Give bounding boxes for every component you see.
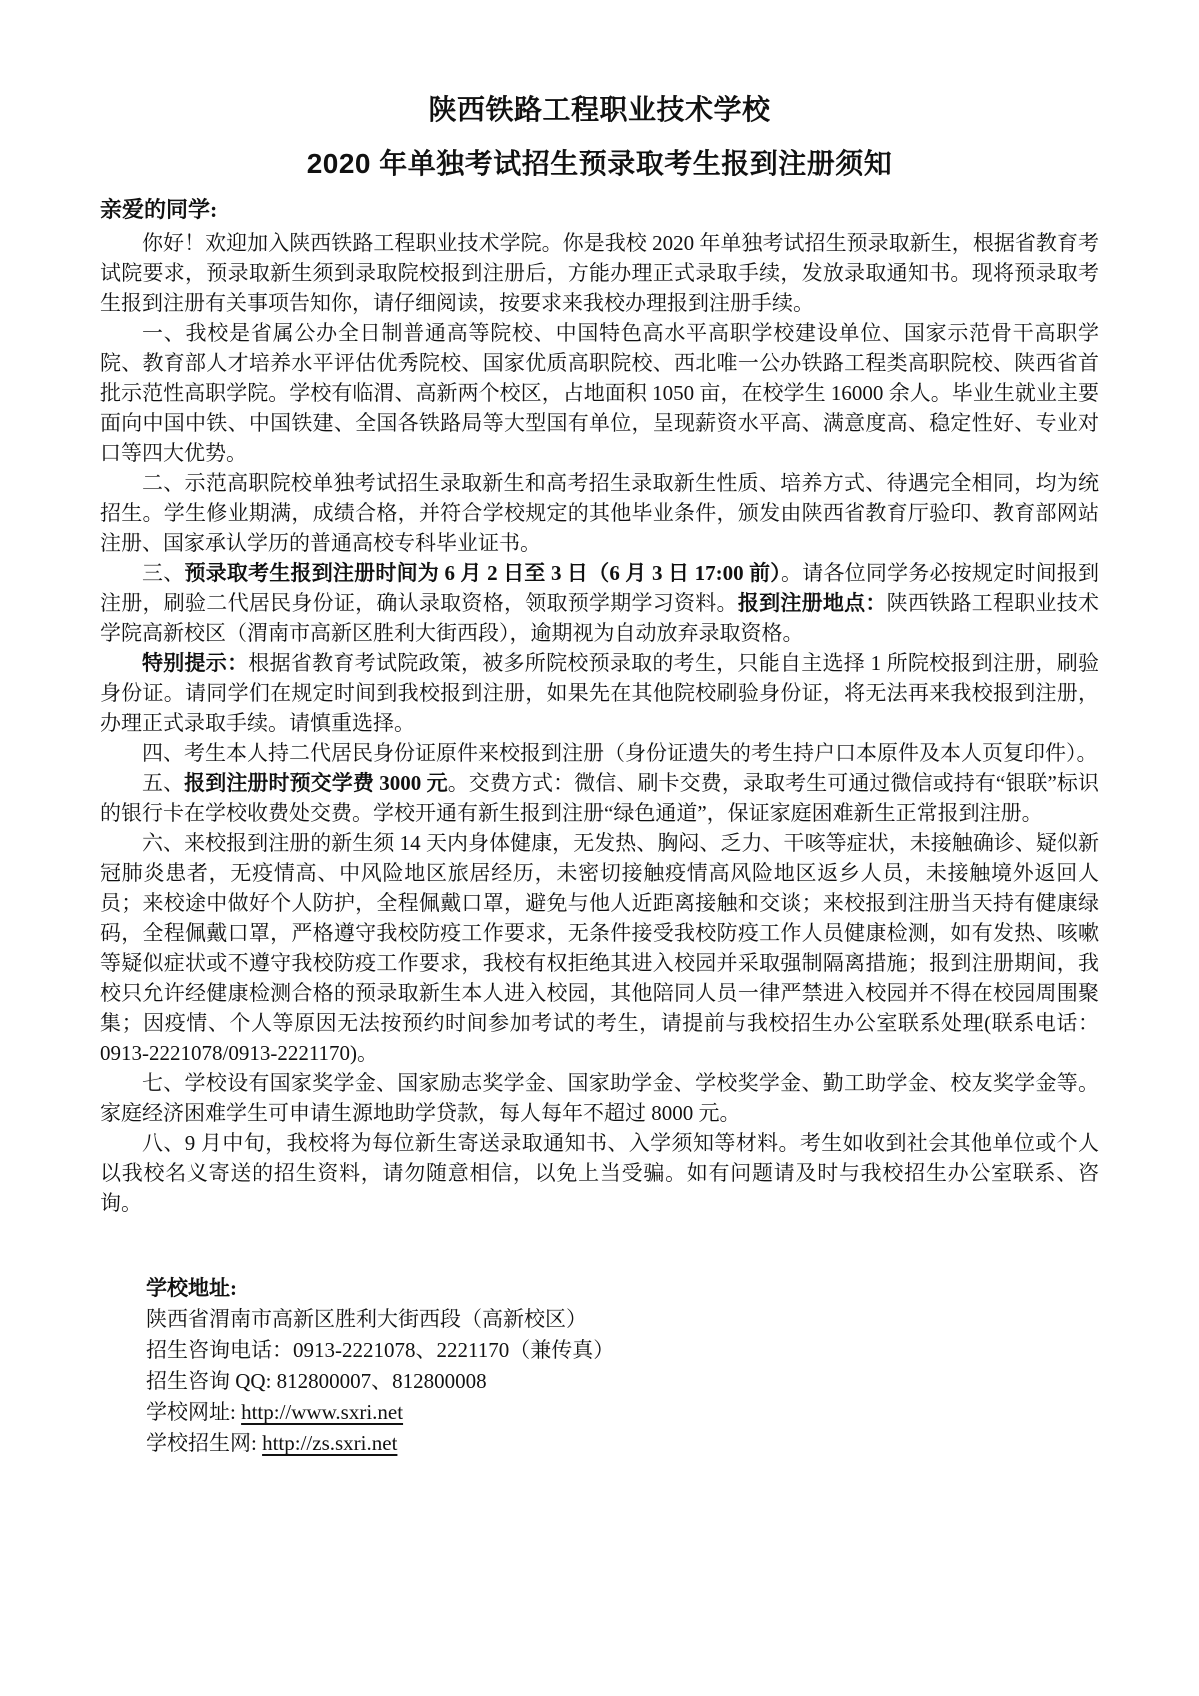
registration-time-bold: 预录取考生报到注册时间为 6 月 2 日至 3 日（6 月 3 日 17:00 … <box>184 561 781 585</box>
special-notice: 特别提示：根据省教育考试院政策，被多所院校预录取的考生，只能自主选择 1 所院校… <box>100 648 1099 738</box>
item-3-number: 三、 <box>142 561 184 585</box>
qq-numbers: 812800007、812800008 <box>277 1369 487 1393</box>
admission-site-link[interactable]: http://zs.sxri.net <box>262 1431 397 1455</box>
page-title: 陕西铁路工程职业技术学校 <box>100 94 1099 126</box>
qq-label: 招生咨询 QQ: <box>146 1369 277 1393</box>
document-page: 陕西铁路工程职业技术学校 2020 年单独考试招生预录取考生报到注册须知 亲爱的… <box>0 0 1199 1696</box>
registration-place-label: 报到注册地点： <box>738 591 887 615</box>
phone-line: 招生咨询电话：0913-2221078、2221170（兼传真） <box>146 1335 1099 1366</box>
phone-label: 招生咨询电话： <box>146 1338 293 1362</box>
special-notice-label: 特别提示： <box>142 651 248 675</box>
item-4-id-card: 四、考生本人持二代居民身份证原件来校报到注册（身份证遗失的考生持户口本原件及本人… <box>100 738 1099 768</box>
item-6-health-requirements: 六、来校报到注册的新生须 14 天内身体健康，无发热、胸闷、乏力、干咳等症状，未… <box>100 828 1099 1068</box>
item-8-admission-letter: 八、9 月中旬，我校将为每位新生寄送录取通知书、入学须知等材料。考生如收到社会其… <box>100 1128 1099 1218</box>
item-3-registration-time: 三、预录取考生报到注册时间为 6 月 2 日至 3 日（6 月 3 日 17:0… <box>100 558 1099 648</box>
salutation: 亲爱的同学: <box>100 196 1099 224</box>
admission-site-label: 学校招生网: <box>146 1431 262 1455</box>
admission-site-line: 学校招生网: http://zs.sxri.net <box>146 1428 1099 1459</box>
item-2-diploma: 二、示范高职院校单独考试招生录取新生和高考招生录取新生性质、培养方式、待遇完全相… <box>100 468 1099 558</box>
intro-paragraph: 你好！欢迎加入陕西铁路工程职业技术学院。你是我校 2020 年单独考试招生预录取… <box>100 228 1099 318</box>
website-line: 学校网址: http://www.sxri.net <box>146 1397 1099 1428</box>
item-1-school-profile: 一、我校是省属公办全日制普通高等院校、中国特色高水平高职学校建设单位、国家示范骨… <box>100 318 1099 468</box>
item-5-number: 五、 <box>142 771 184 795</box>
school-contact-block: 学校地址: 陕西省渭南市高新区胜利大街西段（高新校区） 招生咨询电话：0913-… <box>146 1273 1099 1459</box>
special-notice-text: 根据省教育考试院政策，被多所院校预录取的考生，只能自主选择 1 所院校报到注册，… <box>100 651 1099 735</box>
qq-line: 招生咨询 QQ: 812800007、812800008 <box>146 1366 1099 1397</box>
phone-numbers: 0913-2221078、2221170（兼传真） <box>293 1338 614 1362</box>
page-subtitle: 2020 年单独考试招生预录取考生报到注册须知 <box>100 148 1099 180</box>
item-5-tuition: 五、报到注册时预交学费 3000 元。交费方式：微信、刷卡交费，录取考生可通过微… <box>100 768 1099 828</box>
tuition-fee-bold: 报到注册时预交学费 3000 元 <box>184 771 448 795</box>
item-7-scholarships: 七、学校设有国家奖学金、国家励志奖学金、国家助学金、学校奖学金、勤工助学金、校友… <box>100 1068 1099 1128</box>
address-label: 学校地址: <box>146 1273 1099 1304</box>
address-value: 陕西省渭南市高新区胜利大街西段（高新校区） <box>146 1304 1099 1335</box>
website-link[interactable]: http://www.sxri.net <box>241 1400 403 1424</box>
website-label: 学校网址: <box>146 1400 241 1424</box>
